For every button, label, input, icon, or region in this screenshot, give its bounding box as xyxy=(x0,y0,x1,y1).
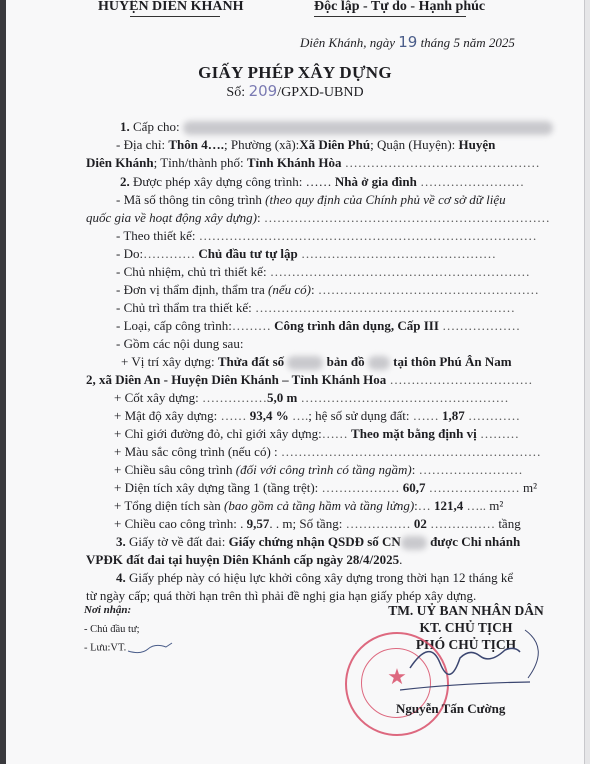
building-color: + Màu sắc công trình (nếu có) : ……………………… xyxy=(114,444,541,460)
building-height: + Chiều cao công trình: . 9,57. . m; Số … xyxy=(114,516,521,532)
redacted-name xyxy=(183,121,553,135)
national-motto: Độc lập - Tự do - Hạnh phúc xyxy=(314,0,485,15)
boundary: + Chỉ giới đường đỏ, chỉ giới xây dựng:…… xyxy=(114,426,519,442)
issued-to: 1. Cấp cho: xyxy=(120,119,553,135)
building-density: + Mật độ xây dựng: …… 93,4 % ….; hệ số s… xyxy=(114,408,520,424)
work-type: - Loại, cấp công trình:……… Công trình dâ… xyxy=(116,318,520,334)
appraisal-unit: - Đơn vị thẩm định, thẩm tra (nếu có): …… xyxy=(116,282,539,298)
location: + Vị trí xây dựng: Thửa đất số bản đồ tạ… xyxy=(121,354,512,370)
designer: - Do:………… Chủ đầu tư tự lập ………………………………… xyxy=(116,246,496,262)
building-depth: + Chiều sâu công trình (đối với công trì… xyxy=(114,462,523,478)
recipients-heading: Nơi nhận: xyxy=(84,604,131,616)
permitted-work: 2. Được phép xây dựng công trình: …… Nhà… xyxy=(120,174,524,190)
appraisal-chief: - Chủ trì thẩm tra thiết kế: ……………………………… xyxy=(116,300,515,316)
document-title: GIẤY PHÉP XÂY DỰNG xyxy=(0,63,590,83)
address-line: - Địa chỉ: Thôn 4….; Phường (xã):Xã Diên… xyxy=(116,137,495,153)
issuing-agency: HUYỆN DIÊN KHÁNH xyxy=(98,0,243,15)
issue-date: Diên Khánh, ngày 19 tháng 5 năm 2025 xyxy=(300,33,515,51)
land-documents-cont: VPĐK đất đai tại huyện Diên Khánh cấp ng… xyxy=(86,552,402,568)
address-line-2: Diên Khánh; Tỉnh/thành phố: Tỉnh Khánh H… xyxy=(86,155,540,171)
scan-right-edge xyxy=(584,0,590,764)
handwritten-day: 19 xyxy=(398,33,417,51)
validity: 4. Giấy phép này có hiệu lực khởi công x… xyxy=(116,570,513,586)
handwritten-signature xyxy=(400,628,560,698)
recipient-item: - Chủ đầu tư; xyxy=(84,624,140,635)
total-floor-area: + Tổng diện tích sàn (bao gồm cả tầng hầ… xyxy=(114,498,503,514)
location-cont: 2, xã Diên An - Huyện Diên Khánh – Tỉnh … xyxy=(86,372,533,388)
ground-floor-area: + Diện tích xây dựng tầng 1 (tầng trệt):… xyxy=(114,480,537,496)
elevation: + Cốt xây dựng: ……………5,0 m …………………………………… xyxy=(114,390,509,406)
chief-designer: - Chủ nhiệm, chủ trì thiết kế: ………………………… xyxy=(116,264,530,280)
recipient-item: - Lưu:VT. xyxy=(84,641,176,655)
project-code: - Mã số thông tin công trình (theo quy đ… xyxy=(116,192,506,208)
contents-heading: - Gồm các nội dung sau: xyxy=(116,336,243,352)
signer-name: Nguyễn Tấn Cường xyxy=(396,701,505,717)
validity-cont: từ ngày cấp; quá thời hạn trên thì phải … xyxy=(86,588,476,604)
design-by: - Theo thiết kế: ……………………………………………………………… xyxy=(116,228,537,244)
land-documents: 3. Giấy tờ về đất đai: Giấy chứng nhận Q… xyxy=(116,534,520,550)
project-code-cont: quốc gia về hoạt động xây dựng): …………………… xyxy=(86,210,550,226)
permit-number: Số: 209/GPXD-UBND xyxy=(0,82,590,101)
signatory-org: TM. UỶ BAN NHÂN DÂN xyxy=(356,603,576,619)
